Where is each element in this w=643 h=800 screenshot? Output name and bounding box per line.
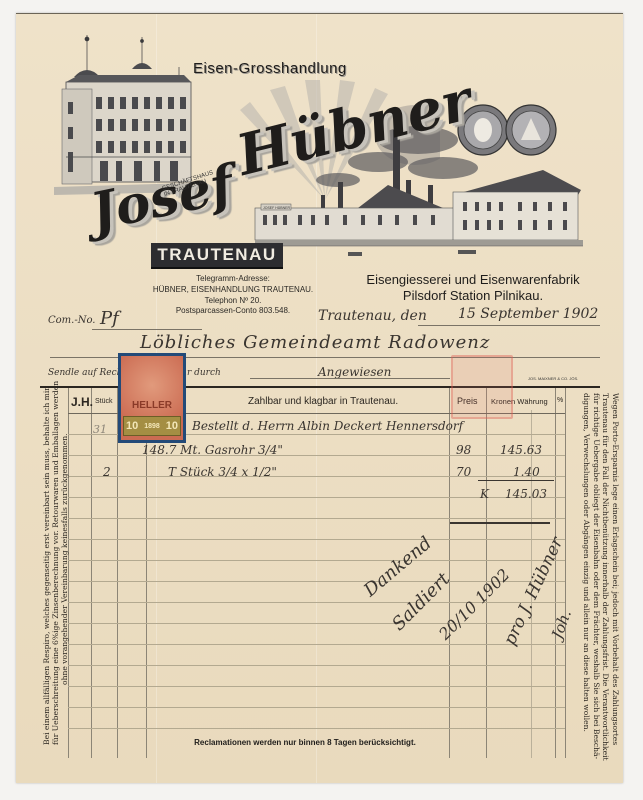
row-description: T Stück 3/4 x 1/2" [168, 465, 277, 479]
row-line [68, 497, 565, 498]
payable-notice: Zahlbar und klagbar in Trautenau. [248, 396, 398, 407]
row-description: Bestellt d. Herrn Albin Deckert Hennersd… [192, 419, 463, 433]
col-mark: J.H. [71, 395, 93, 409]
row-line [68, 707, 565, 708]
row-line [68, 560, 565, 561]
column-line [117, 388, 118, 758]
column-line [565, 388, 566, 758]
recipient: Löbliches Gemeindeamt Radowenz [140, 332, 490, 353]
total-currency: K [480, 487, 489, 501]
row-line [68, 665, 565, 666]
stamp-value: 10 [166, 420, 178, 432]
telegram-address: HÜBNER, EISENHANDLUNG TRAUTENAU. [143, 285, 323, 294]
row-line [68, 602, 565, 603]
row-amount: 1.40 [513, 465, 540, 479]
row-line [68, 728, 565, 729]
right-payment-note: Wegen Porto-Ersparnis lege einen Erlagsc… [582, 393, 620, 761]
com-no-label: Com.-No. [48, 315, 96, 326]
column-line [449, 388, 450, 758]
total-line [450, 522, 550, 524]
com-no-line [92, 329, 202, 330]
city-banner: TRAUTENAU [151, 243, 283, 269]
shipping-value: Angewiesen [318, 365, 391, 379]
factory-sign: JOSEF HÜBNER [263, 206, 291, 210]
row-line [68, 686, 565, 687]
tagline: Eisen-Grosshandlung [193, 60, 347, 77]
stamp-year: 1898 [144, 423, 160, 430]
row-price: 98 [456, 443, 471, 457]
stamp-value: 10 [126, 420, 138, 432]
column-line [555, 388, 556, 758]
stamp-label: HELLER [121, 400, 183, 411]
row-line [68, 518, 565, 519]
shipping-line [250, 378, 450, 379]
column-line [91, 388, 92, 758]
row-mark: 31 [93, 423, 107, 436]
postal-account: Postsparcassen-Conto 803.548. [143, 306, 323, 315]
row-mark: 2 [103, 465, 111, 479]
left-terms-note: Bei einem allfälligen Respiro, welches g… [42, 381, 69, 745]
col-qty: Stück [95, 398, 113, 405]
telegram-label: Telegramm-Adresse: [143, 274, 323, 283]
row-line [68, 644, 565, 645]
subtotal-line [478, 480, 554, 481]
factory-caption-1: Eisengiesserei und Eisenwarenfabrik [338, 272, 608, 287]
date-line [418, 325, 600, 326]
factory-caption-2: Pilsdorf Station Pilnikau. [338, 288, 608, 303]
row-line [68, 539, 565, 540]
com-no-value: Pf [100, 308, 119, 329]
place-date-label: Trautenau, den [318, 308, 427, 324]
telephone: Telephon Nº 20. [143, 296, 323, 305]
row-line [68, 623, 565, 624]
footer-notice: Reclamationen werden nur binnen 8 Tagen … [160, 738, 450, 747]
row-line [68, 476, 565, 477]
column-line [486, 388, 487, 758]
row-amount: 145.63 [500, 443, 542, 457]
invoice-date: 15 September 1902 [458, 306, 598, 322]
row-price: 70 [456, 465, 471, 479]
row-description: 148.7 Mt. Gasrohr 3/4" [142, 443, 283, 457]
red-ink-stamp [451, 355, 513, 419]
total-amount: 145.03 [505, 487, 547, 501]
col-percent: % [557, 397, 563, 404]
printer-credit: JOS. MAIXNER & CO. JÖS. [528, 376, 578, 381]
revenue-stamp: HELLER 10 1898 10 [118, 353, 186, 443]
